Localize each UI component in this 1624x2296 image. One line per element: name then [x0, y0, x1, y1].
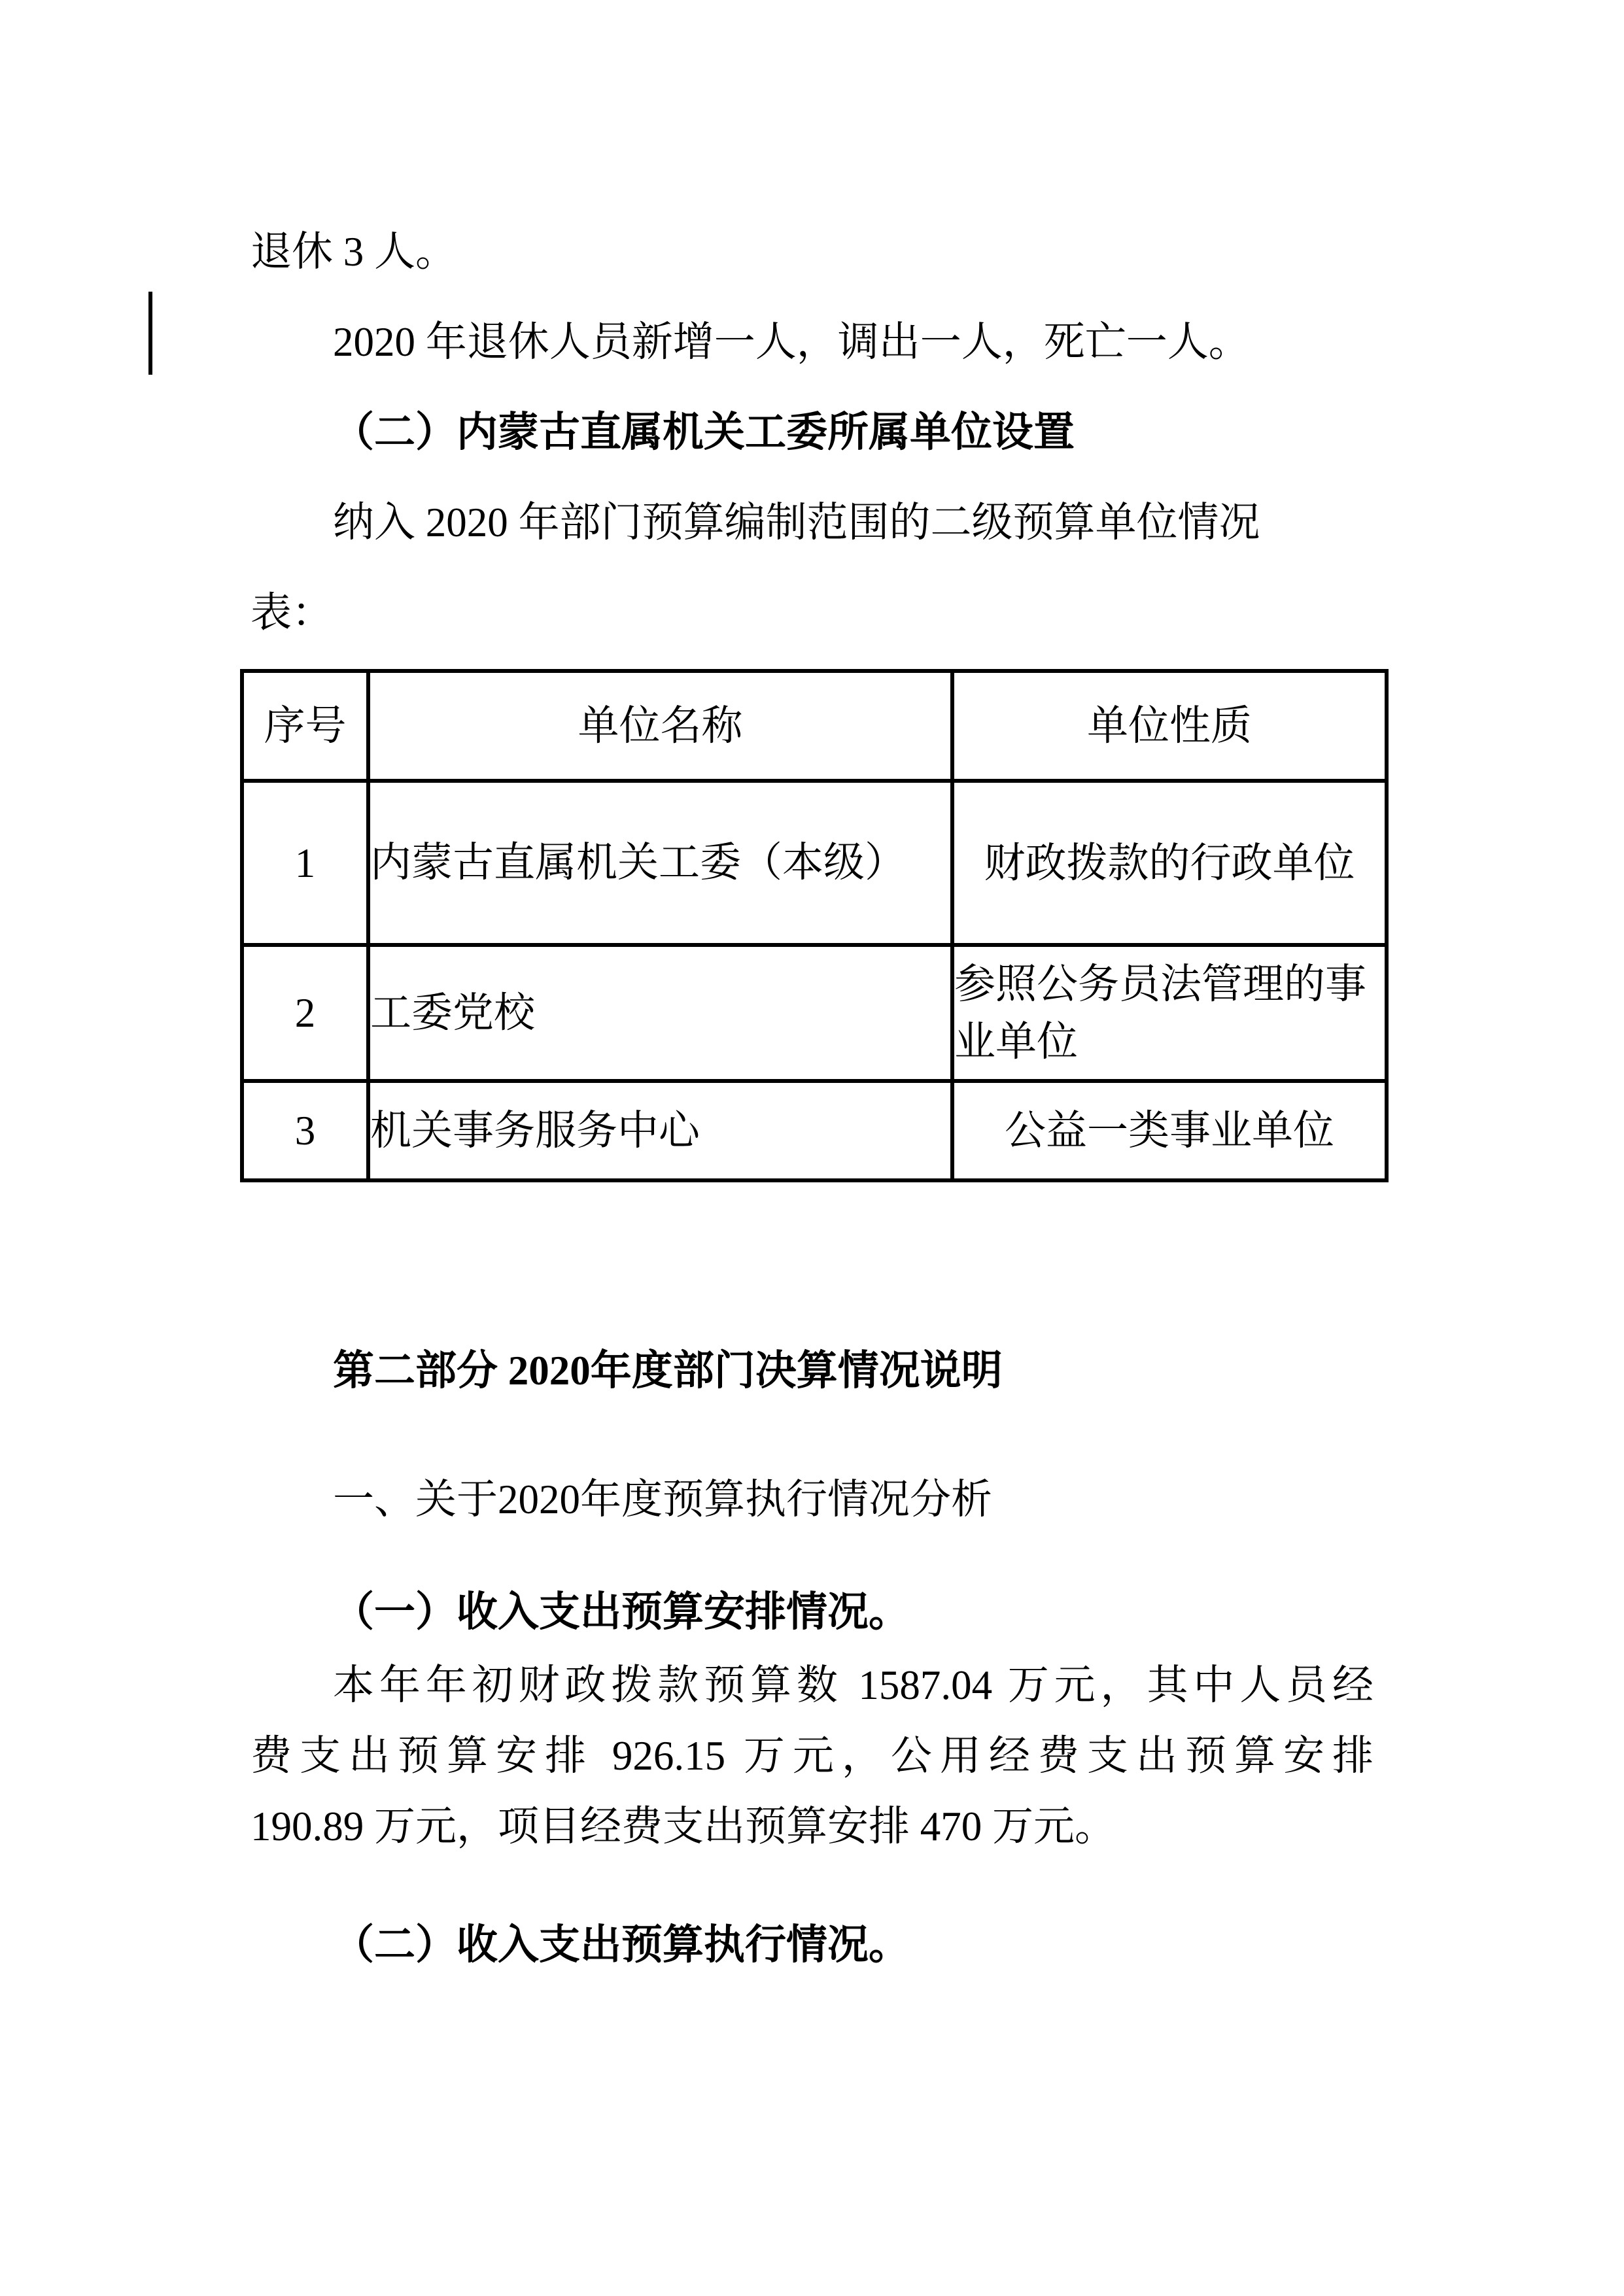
revision-change-bar — [148, 292, 152, 375]
table-row: 1 内蒙古直属机关工委（本级） 财政拨款的行政单位 — [242, 781, 1387, 945]
intro-paragraphs: 退休 3 人。 2020 年退休人员新增一人，调出一人，死亡一人。 （二）内蒙古… — [251, 207, 1323, 658]
cell-unit-type: 参照公务员法管理的事业单位 — [952, 945, 1387, 1081]
cell-unit-name: 工委党校 — [368, 945, 952, 1081]
budget-units-table: 序号 单位名称 单位性质 1 内蒙古直属机关工委（本级） 财政拨款的行政单位 2… — [240, 669, 1389, 1182]
cell-row-no: 1 — [242, 781, 368, 945]
budget-body-paragraph: 本年年初财政拨款预算数 1587.04 万元，其中人员经 费支出预算安排 926… — [251, 1650, 1373, 1862]
paragraph-line: 费支出预算安排 926.15 万元，公用经费支出预算安排 — [251, 1721, 1373, 1791]
paragraph-line: 退休 3 人。 — [251, 207, 1323, 297]
analysis-heading: 一、关于2020年度预算执行情况分析 — [333, 1477, 992, 1522]
header-cell-no: 序号 — [242, 671, 368, 781]
cell-row-no: 3 — [242, 1081, 368, 1180]
cell-unit-type: 公益一类事业单位 — [952, 1081, 1387, 1180]
table-row: 2 工委党校 参照公务员法管理的事业单位 — [242, 945, 1387, 1081]
cell-unit-type-text: 参照公务员法管理的事业单位 — [954, 955, 1385, 1071]
sub2-heading: （二）收入支出预算执行情况。 — [333, 1922, 910, 1968]
cell-row-no: 2 — [242, 945, 368, 1081]
subsection-heading: （二）内蒙古直属机关工委所属单位设置 — [251, 387, 1323, 477]
table-row: 3 机关事务服务中心 公益一类事业单位 — [242, 1081, 1387, 1180]
sub1-heading: （一）收入支出预算安排情况。 — [333, 1589, 910, 1635]
header-cell-name: 单位名称 — [368, 671, 952, 781]
cell-unit-name: 机关事务服务中心 — [368, 1081, 952, 1180]
paragraph-line: 纳入 2020 年部门预算编制范围的二级预算单位情况 — [251, 477, 1323, 568]
paragraph-line: 2020 年退休人员新增一人，调出一人，死亡一人。 — [251, 297, 1323, 387]
document-page: 退休 3 人。 2020 年退休人员新增一人，调出一人，死亡一人。 （二）内蒙古… — [0, 0, 1624, 2296]
paragraph-line: 表： — [251, 568, 1323, 658]
table-header-row: 序号 单位名称 单位性质 — [242, 671, 1387, 781]
part2-heading: 第二部分 2020年度部门决算情况说明 — [333, 1348, 1003, 1394]
paragraph-line: 本年年初财政拨款预算数 1587.04 万元，其中人员经 — [251, 1650, 1373, 1721]
cell-unit-name: 内蒙古直属机关工委（本级） — [368, 781, 952, 945]
paragraph-line: 190.89 万元，项目经费支出预算安排 470 万元。 — [251, 1791, 1373, 1862]
cell-unit-type: 财政拨款的行政单位 — [952, 781, 1387, 945]
header-cell-type: 单位性质 — [952, 671, 1387, 781]
